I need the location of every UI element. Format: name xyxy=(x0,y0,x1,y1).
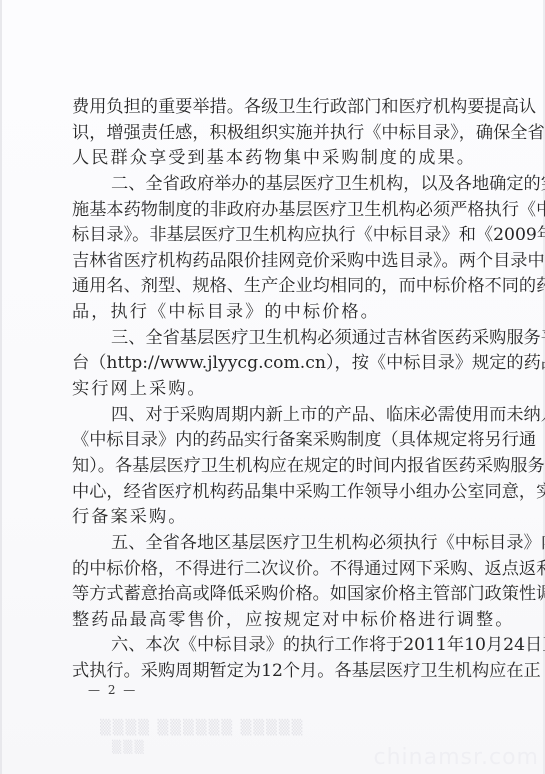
text-line-16: 中心，经省医疗机构药品集中采购工作领导小组办公室同意，实 xyxy=(72,480,484,506)
text-line-14: 《中标目录》内的药品实行备案采购制度（具体规定将另行通 xyxy=(72,428,484,454)
document-body: 费用负担的重要举措。各级卫生行政部门和医疗机构要提高认 识，增强责任感，积极组织… xyxy=(72,95,484,685)
watermark: chinamsr.com xyxy=(374,745,539,770)
section-2-heading-line: 二、全省政府举办的基层医疗卫生机构，以及各地确定的实 xyxy=(72,172,484,198)
text-line-15: 知）。各基层医疗卫生机构应在规定的时间内报省医药采购服务 xyxy=(72,454,484,480)
section-5-heading-line: 五、全省各地区基层医疗卫生机构必须执行《中标目录》内 xyxy=(72,531,484,557)
text-line-8: 通用名、剂型、规格、生产企业均相同的，而中标价格不同的药 xyxy=(72,274,484,300)
text-line-1: 费用负担的重要举措。各级卫生行政部门和医疗机构要提高认 xyxy=(72,95,484,121)
bleed-through-text: ▒▒▒▒ ▒▒▒▒▒▒ ▒▒▒▒▒ xyxy=(100,720,304,736)
text-line-20: 等方式蓄意抬高或降低采购价格。如国家价格主管部门政策性调 xyxy=(72,582,484,608)
scan-edge-left xyxy=(0,0,2,774)
text-line-7: 吉林省医疗机构药品限价挂网竞价采购中选目录》。两个目录中 xyxy=(72,249,484,275)
page-number: — 2 — xyxy=(88,683,137,697)
text-line-6: 标目录》。非基层医疗卫生机构应执行《中标目录》和《2009年 xyxy=(72,223,484,249)
text-line-3: 人民群众享受到基本药物集中采购制度的成果。 xyxy=(72,146,484,172)
text-line-19: 的中标价格，不得进行二次议价。不得通过网下采购、返点返利 xyxy=(72,557,484,583)
text-line-5: 施基本药物制度的非政府办基层医疗卫生机构必须严格执行《中 xyxy=(72,198,484,224)
text-line-url: 台（http://www.jlyycg.com.cn），按《中标目录》规定的药品… xyxy=(72,351,484,377)
bleed-through-text: ▒▒▒ xyxy=(112,740,146,754)
text-line-23: 式执行。采购周期暂定为12个月。各基层医疗卫生机构应在正 xyxy=(72,659,484,685)
section-3-heading-line: 三、全省基层医疗卫生机构必须通过吉林省医药采购服务平 xyxy=(72,326,484,352)
text-line-21: 整药品最高零售价，应按规定对中标价格进行调整。 xyxy=(72,608,484,634)
document-page: 费用负担的重要举措。各级卫生行政部门和医疗机构要提高认 识，增强责任感，积极组织… xyxy=(0,0,545,774)
section-4-heading-line: 四、对于采购周期内新上市的产品、临床必需使用而未纳入 xyxy=(72,403,484,429)
section-6-heading-line: 六、本次《中标目录》的执行工作将于2011年10月24日正 xyxy=(72,633,484,659)
text-line-17: 行备案采购。 xyxy=(72,505,484,531)
text-line-12: 实行网上采购。 xyxy=(72,377,484,403)
text-line-2: 识，增强责任感，积极组织实施并执行《中标目录》，确保全省 xyxy=(72,121,484,147)
text-line-9: 品，执行《中标目录》的中标价格。 xyxy=(72,300,484,326)
